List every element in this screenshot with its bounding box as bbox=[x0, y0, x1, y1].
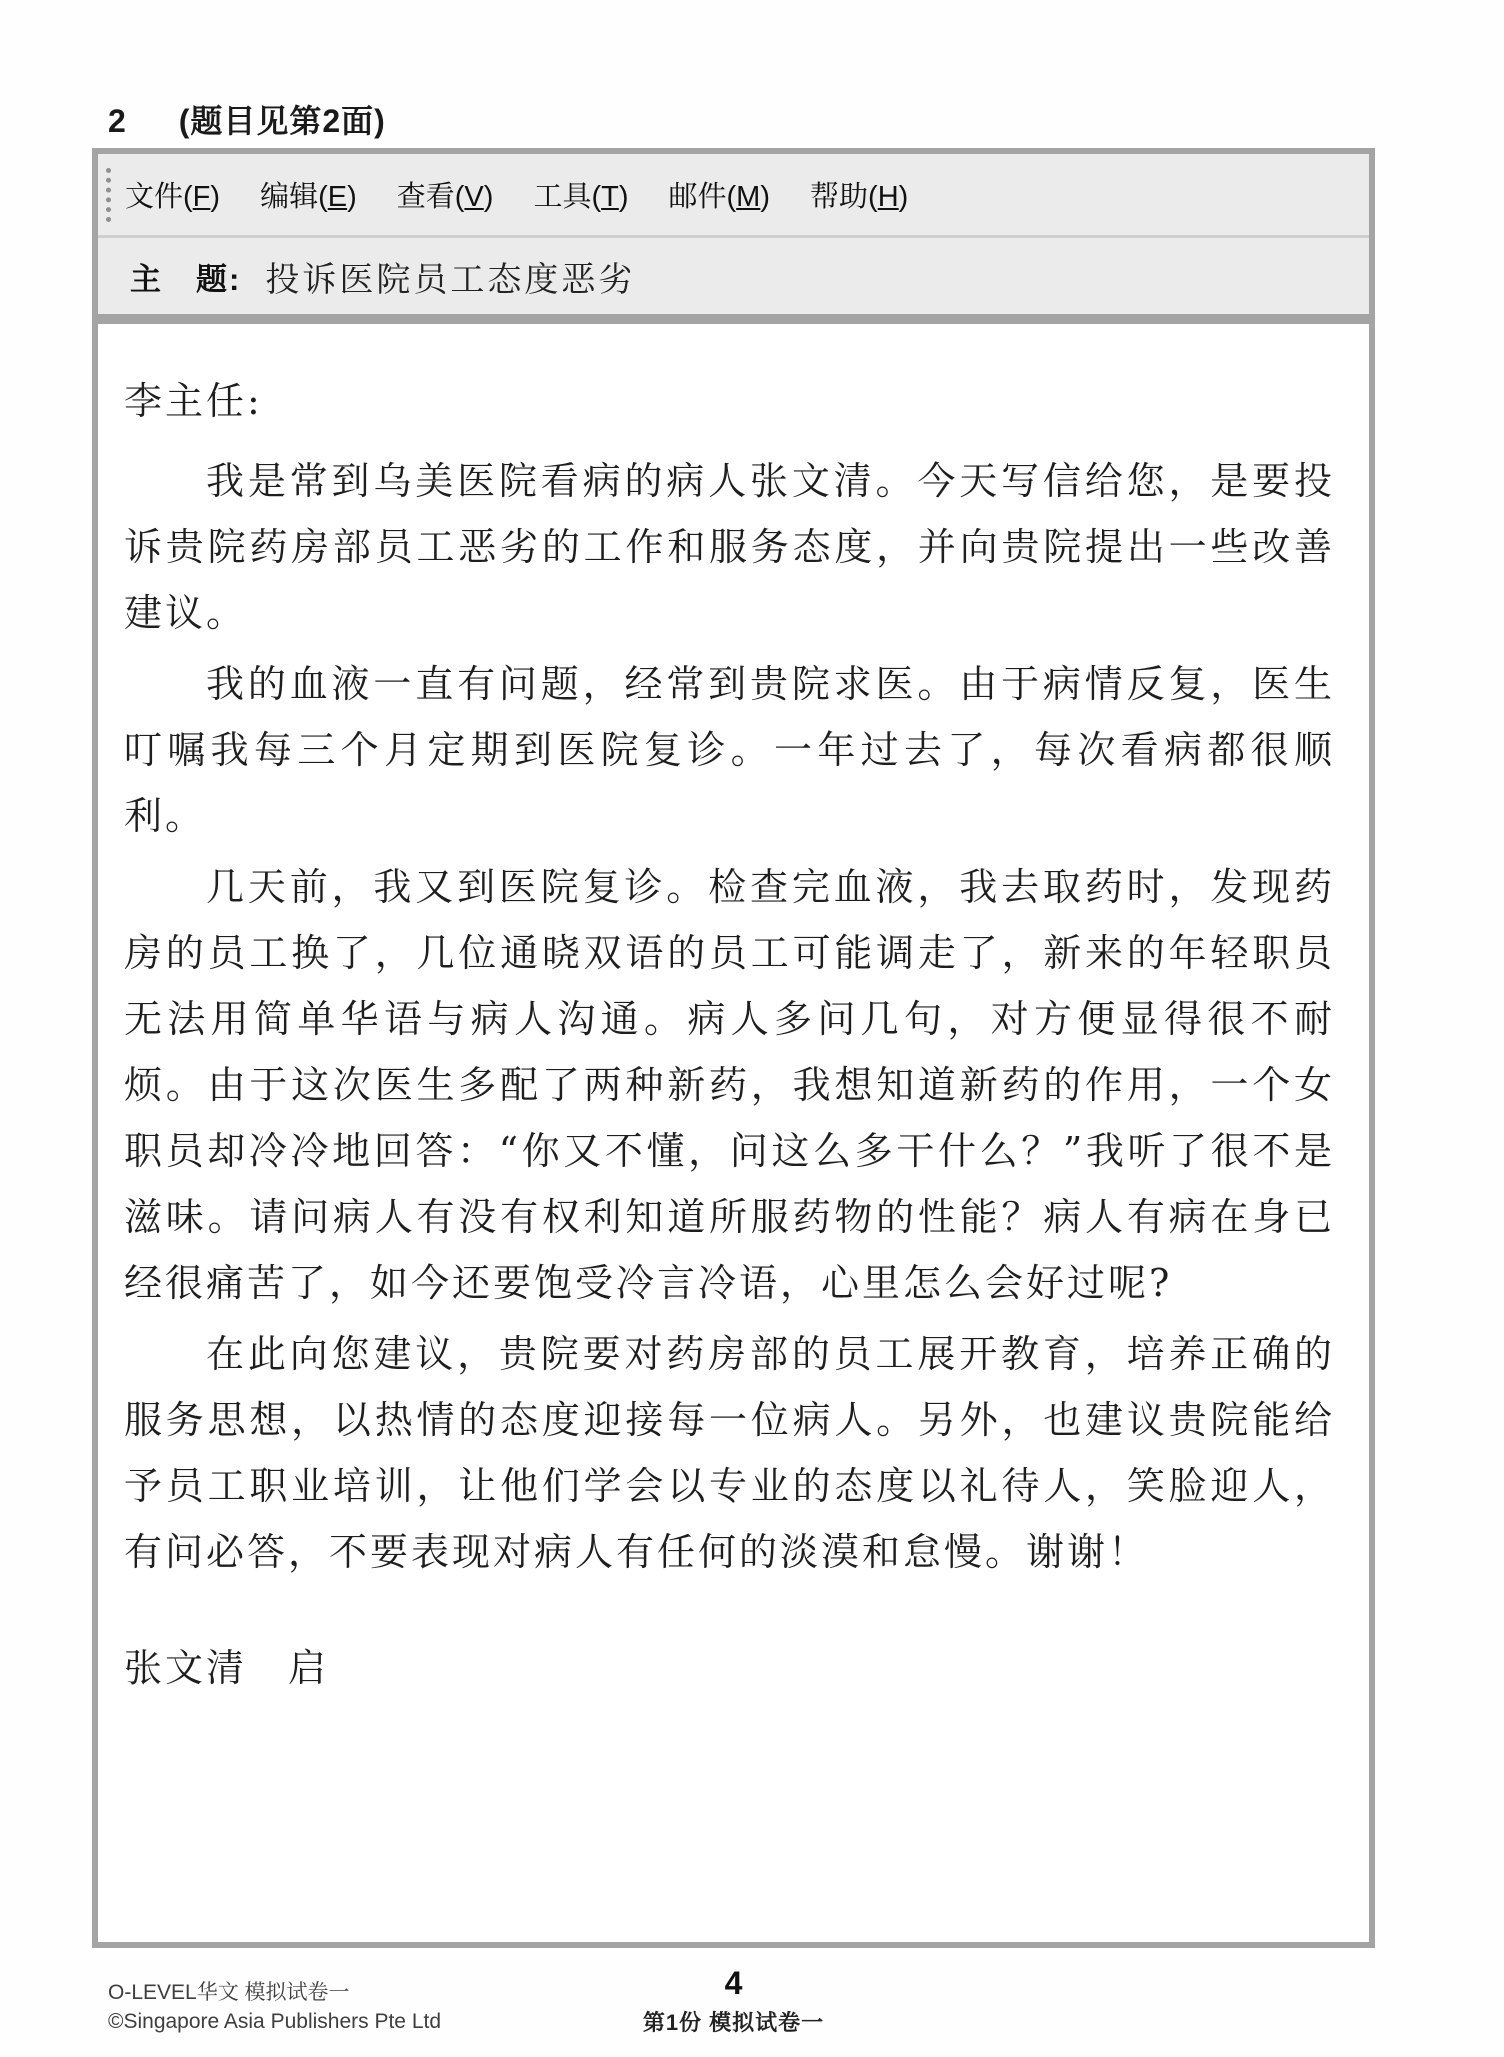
question-number: 2 bbox=[108, 103, 127, 139]
letter-paragraph: 我是常到乌美医院看病的病人张文清。今天写信给您，是要投诉贵院药房部员工恶劣的工作… bbox=[124, 448, 1335, 646]
menu-item-key: V bbox=[464, 181, 483, 213]
footer-section: 第1份 模拟试卷一 bbox=[92, 2006, 1375, 2037]
menu-item-label: 邮件( bbox=[669, 181, 737, 213]
letter-paragraph: 几天前，我又到医院复诊。检查完血液，我去取药时，发现药房的员工换了，几位通晓双语… bbox=[124, 854, 1335, 1316]
menu-item-label: 文件( bbox=[125, 181, 193, 213]
menu-item-file[interactable]: 文件(F) bbox=[125, 174, 220, 215]
menu-item-close: ) bbox=[899, 181, 909, 213]
letter-greeting: 李主任: bbox=[124, 368, 1335, 434]
menu-item-label: 查看( bbox=[397, 181, 465, 213]
email-window: 文件(F) 编辑(E) 查看(V) 工具(T) 邮件(M) 帮助(H) 主 题:… bbox=[92, 148, 1375, 1948]
menu-item-close: ) bbox=[760, 181, 770, 213]
email-body: 李主任: 我是常到乌美医院看病的病人张文清。今天写信给您，是要投诉贵院药房部员工… bbox=[98, 324, 1369, 1701]
subject-value: 投诉医院员工态度恶劣 bbox=[265, 252, 635, 301]
letter-paragraph: 我的血液一直有问题，经常到贵院求医。由于病情反复，医生叮嘱我每三个月定期到医院复… bbox=[124, 651, 1335, 849]
menu-item-close: ) bbox=[347, 181, 357, 213]
menu-item-close: ) bbox=[484, 181, 494, 213]
menu-item-label: 工具( bbox=[533, 181, 601, 213]
menu-item-key: T bbox=[601, 181, 619, 213]
question-note: (题目见第2面) bbox=[179, 103, 386, 139]
subject-bar: 主 题: 投诉医院员工态度恶劣 bbox=[98, 238, 1369, 324]
menu-item-view[interactable]: 查看(V) bbox=[397, 174, 494, 215]
menu-item-label: 编辑( bbox=[260, 181, 328, 213]
menu-item-label: 帮助( bbox=[810, 181, 878, 213]
menu-item-help[interactable]: 帮助(H) bbox=[810, 174, 908, 215]
menu-item-key: F bbox=[193, 181, 211, 213]
subject-label: 主 题: bbox=[130, 254, 241, 299]
letter-paragraph: 在此向您建议，贵院要对药房部的员工展开教育，培养正确的服务思想，以热情的态度迎接… bbox=[124, 1321, 1335, 1585]
footer-center: 4 第1份 模拟试卷一 bbox=[92, 1966, 1375, 2037]
letter-signature: 张文清 启 bbox=[124, 1635, 1335, 1701]
exam-page: 2 (题目见第2面) 文件(F) 编辑(E) 查看(V) 工具(T) 邮件(M)… bbox=[0, 0, 1504, 2057]
page-header: 2 (题目见第2面) bbox=[108, 96, 386, 142]
menu-item-key: H bbox=[878, 181, 899, 213]
menu-item-key: E bbox=[328, 181, 347, 213]
footer-page-number: 4 bbox=[92, 1966, 1375, 2000]
menu-item-mail[interactable]: 邮件(M) bbox=[669, 174, 771, 215]
menu-item-key: M bbox=[736, 181, 760, 213]
menu-item-tools[interactable]: 工具(T) bbox=[533, 174, 628, 215]
menu-item-close: ) bbox=[210, 181, 220, 213]
menu-item-close: ) bbox=[619, 181, 629, 213]
menu-item-edit[interactable]: 编辑(E) bbox=[260, 174, 357, 215]
menu-drag-handle-icon[interactable] bbox=[106, 168, 111, 222]
menu-bar: 文件(F) 编辑(E) 查看(V) 工具(T) 邮件(M) 帮助(H) bbox=[98, 154, 1369, 238]
